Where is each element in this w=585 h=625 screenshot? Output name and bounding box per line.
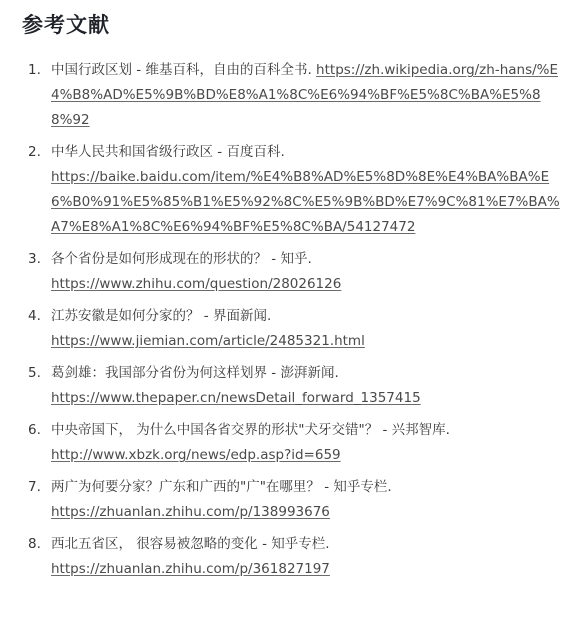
reference-link[interactable]: https://baike.baidu.com/item/%E4%B8%AD%E…: [51, 169, 560, 235]
reference-text: 中华人民共和国省级行政区 - 百度百科.: [51, 144, 285, 160]
reference-item-2: 2. 中华人民共和国省级行政区 - 百度百科. https://baike.ba…: [22, 140, 563, 240]
reference-item-5: 5. 葛剑雄：我国部分省份为何这样划界 - 澎湃新闻. https://www.…: [22, 361, 563, 411]
reference-item-1: 1. 中国行政区划 - 维基百科，自由的百科全书. https://zh.wik…: [22, 58, 563, 133]
reference-item-3: 3. 各个省份是如何形成现在的形状的？ - 知乎. https://www.zh…: [22, 247, 563, 297]
reference-number: 3.: [28, 247, 41, 272]
reference-item-6: 6. 中央帝国下， 为什么中国各省交界的形状"犬牙交错"？ - 兴邦智库. ht…: [22, 418, 563, 468]
reference-link[interactable]: https://www.thepaper.cn/newsDetail_forwa…: [51, 390, 421, 406]
reference-link[interactable]: https://zhuanlan.zhihu.com/p/138993676: [51, 504, 330, 520]
reference-list: 1. 中国行政区划 - 维基百科，自由的百科全书. https://zh.wik…: [22, 58, 563, 582]
reference-item-8: 8. 西北五省区， 很容易被忽略的变化 - 知乎专栏. https://zhua…: [22, 532, 563, 582]
reference-text: 葛剑雄：我国部分省份为何这样划界 - 澎湃新闻.: [51, 365, 339, 381]
reference-text: 两广为何要分家？广东和广西的"广"在哪里？ - 知乎专栏.: [51, 479, 392, 495]
reference-item-7: 7. 两广为何要分家？广东和广西的"广"在哪里？ - 知乎专栏. https:/…: [22, 475, 563, 525]
page-title: 参考文献: [22, 10, 563, 40]
reference-number: 2.: [28, 140, 41, 165]
reference-number: 1.: [28, 58, 41, 83]
reference-link[interactable]: http://www.xbzk.org/news/edp.asp?id=659: [51, 447, 341, 463]
reference-item-4: 4. 江苏安徽是如何分家的？ - 界面新闻. https://www.jiemi…: [22, 304, 563, 354]
reference-link[interactable]: https://www.jiemian.com/article/2485321.…: [51, 333, 365, 349]
reference-text: 西北五省区， 很容易被忽略的变化 - 知乎专栏.: [51, 536, 330, 552]
reference-number: 6.: [28, 418, 41, 443]
reference-text: 中国行政区划 - 维基百科，自由的百科全书.: [51, 62, 316, 78]
reference-number: 4.: [28, 304, 41, 329]
reference-text: 江苏安徽是如何分家的？ - 界面新闻.: [51, 308, 271, 324]
reference-number: 8.: [28, 532, 41, 557]
reference-text: 中央帝国下， 为什么中国各省交界的形状"犬牙交错"？ - 兴邦智库.: [51, 422, 450, 438]
reference-link[interactable]: https://www.zhihu.com/question/28026126: [51, 276, 341, 292]
reference-text: 各个省份是如何形成现在的形状的？ - 知乎.: [51, 251, 312, 267]
reference-number: 5.: [28, 361, 41, 386]
reference-number: 7.: [28, 475, 41, 500]
reference-link[interactable]: https://zhuanlan.zhihu.com/p/361827197: [51, 561, 330, 577]
references-page: 参考文献 1. 中国行政区划 - 维基百科，自由的百科全书. https://z…: [0, 0, 585, 582]
